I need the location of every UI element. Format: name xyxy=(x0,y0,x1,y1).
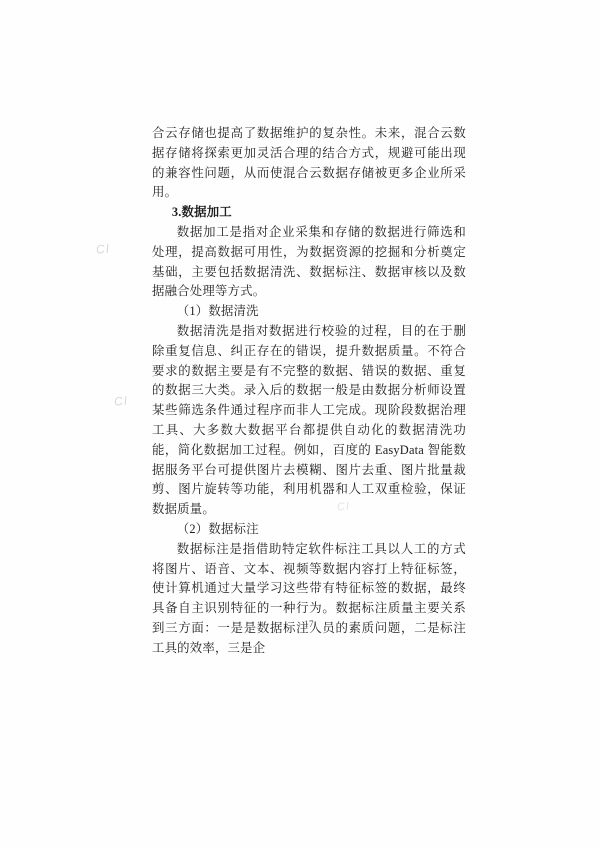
watermark-ci-2: CI xyxy=(113,393,128,408)
page-number: 17 xyxy=(152,619,466,629)
paragraph-continuation: 合云存储也提高了数据维护的复杂性。未来，混合云数据存储将探索更加灵活合理的结合方… xyxy=(152,124,466,203)
document-page: CI CI CI 合云存储也提高了数据维护的复杂性。未来，混合云数据存储将探索更… xyxy=(0,0,600,848)
paragraph-data-cleaning: 数据清洗是指对数据进行校验的过程，目的在于删除重复信息、纠正存在的错误，提升数据… xyxy=(152,322,466,520)
subsection-heading-data-annotation: （2）数据标注 xyxy=(152,520,466,540)
section-heading-data-processing: 3.数据加工 xyxy=(152,203,466,223)
paragraph-data-annotation: 数据标注是指借助特定软件标注工具以人工的方式将图片、语音、文本、视频等数据内容打… xyxy=(152,540,466,659)
subsection-heading-data-cleaning: （1）数据清洗 xyxy=(152,302,466,322)
watermark-ci-1: CI xyxy=(95,241,110,256)
paragraph-data-processing-intro: 数据加工是指对企业采集和存储的数据进行筛选和处理，提高数据可用性，为数据资源的挖… xyxy=(152,223,466,302)
text-block: 合云存储也提高了数据维护的复杂性。未来，混合云数据存储将探索更加灵活合理的结合方… xyxy=(152,124,466,659)
